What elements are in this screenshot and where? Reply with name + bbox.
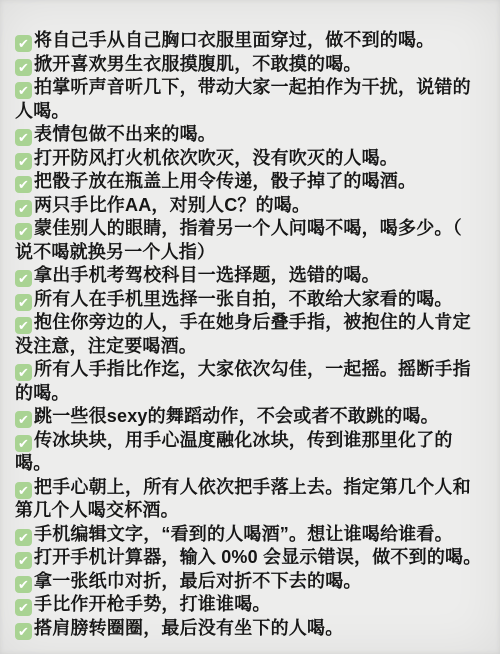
- list-item: ✔掀开喜欢男生衣服摸腹肌，不敢摸的喝。: [15, 53, 485, 77]
- list-item: ✔所有人手指比作迄，大家依次勾佳，一起摇。摇断手指的喝。: [15, 358, 485, 405]
- check-icon: ✔: [15, 435, 32, 452]
- list-item: ✔所有人在手机里选择一张自拍，不敢给大家看的喝。: [15, 288, 485, 312]
- list-item: ✔打开防风打火机依次吹灭，没有吹灭的人喝。: [15, 147, 485, 171]
- item-text: 手比作开枪手势，打谁谁喝。: [34, 594, 271, 614]
- list-item: ✔传冰块块，用手心温度融化冰块，传到谁那里化了的喝。: [15, 429, 485, 476]
- list-item: ✔表情包做不出来的喝。: [15, 123, 485, 147]
- list-item: ✔蒙佳别人的眼睛，指着另一个人问喝不喝，喝多少。（ 说不喝就换另一个人指）: [15, 217, 485, 264]
- check-icon: ✔: [15, 623, 32, 640]
- check-icon: ✔: [15, 599, 32, 616]
- check-icon: ✔: [15, 529, 32, 546]
- list-item: ✔把骰子放在瓶盖上用令传递，骰子掉了的喝酒。: [15, 170, 485, 194]
- item-text: 抱住你旁边的人，手在她身后叠手指，被抱住的人肯定没注意，注定要喝酒。: [15, 312, 471, 356]
- item-text: 打开手机计算器，输入 0%0 会显示错误，做不到的喝。: [34, 547, 481, 567]
- item-text: 两只手比作AA，对别人C？的喝。: [34, 195, 310, 215]
- item-text: 跳一些很sexy的舞蹈动作，不会或者不敢跳的喝。: [34, 406, 439, 426]
- list-item: ✔拍掌听声音听几下，带动大家一起拍作为干扰，说错的人喝。: [15, 76, 485, 123]
- item-text: 打开防风打火机依次吹灭，没有吹灭的人喝。: [34, 148, 398, 168]
- check-icon: ✔: [15, 35, 32, 52]
- item-text: 拿出手机考驾校科目一选择题，选错的喝。: [34, 265, 380, 285]
- list-item: ✔拿出手机考驾校科目一选择题，选错的喝。: [15, 264, 485, 288]
- list-item: ✔将自己手从自己胸口衣服里面穿过，做不到的喝。: [15, 29, 485, 53]
- list-item: ✔手比作开枪手势，打谁谁喝。: [15, 593, 485, 617]
- check-icon: ✔: [15, 176, 32, 193]
- list-item: ✔打开手机计算器，输入 0%0 会显示错误，做不到的喝。: [15, 546, 485, 570]
- list-item: ✔两只手比作AA，对别人C？的喝。: [15, 194, 485, 218]
- check-icon: ✔: [15, 129, 32, 146]
- item-text: 所有人在手机里选择一张自拍，不敢给大家看的喝。: [34, 289, 453, 309]
- list-item: ✔搭肩膀转圈圈，最后没有坐下的人喝。: [15, 617, 485, 641]
- check-icon: ✔: [15, 223, 32, 240]
- item-text: 把手心朝上，所有人依次把手落上去。指定第几个人和第几个人喝交杯酒。: [15, 477, 471, 521]
- check-icon: ✔: [15, 82, 32, 99]
- list-item: ✔拿一张纸巾对折，最后对折不下去的喝。: [15, 570, 485, 594]
- check-icon: ✔: [15, 411, 32, 428]
- check-icon: ✔: [15, 317, 32, 334]
- item-text: 掀开喜欢男生衣服摸腹肌，不敢摸的喝。: [34, 54, 362, 74]
- item-text: 将自己手从自己胸口衣服里面穿过，做不到的喝。: [34, 30, 434, 50]
- check-icon: ✔: [15, 153, 32, 170]
- rules-list: ✔将自己手从自己胸口衣服里面穿过，做不到的喝。 ✔掀开喜欢男生衣服摸腹肌，不敢摸…: [15, 29, 485, 640]
- item-text: 传冰块块，用手心温度融化冰块，传到谁那里化了的喝。: [15, 430, 453, 474]
- item-text: 蒙佳别人的眼睛，指着另一个人问喝不喝，喝多少。（ 说不喝就换另一个人指）: [15, 218, 462, 262]
- check-icon: ✔: [15, 552, 32, 569]
- check-icon: ✔: [15, 270, 32, 287]
- list-item: ✔抱住你旁边的人，手在她身后叠手指，被抱住的人肯定没注意，注定要喝酒。: [15, 311, 485, 358]
- list-item: ✔手机编辑文字，“看到的人喝酒”。想让谁喝给谁看。: [15, 523, 485, 547]
- check-icon: ✔: [15, 59, 32, 76]
- check-icon: ✔: [15, 364, 32, 381]
- item-text: 拿一张纸巾对折，最后对折不下去的喝。: [34, 571, 362, 591]
- item-text: 拍掌听声音听几下，带动大家一起拍作为干扰，说错的人喝。: [15, 77, 471, 121]
- item-text: 手机编辑文字，“看到的人喝酒”。想让谁喝给谁看。: [34, 524, 453, 544]
- item-text: 所有人手指比作迄，大家依次勾佳，一起摇。摇断手指的喝。: [15, 359, 471, 403]
- check-icon: ✔: [15, 200, 32, 217]
- list-item: ✔把手心朝上，所有人依次把手落上去。指定第几个人和第几个人喝交杯酒。: [15, 476, 485, 523]
- item-text: 把骰子放在瓶盖上用令传递，骰子掉了的喝酒。: [34, 171, 416, 191]
- item-text: 搭肩膀转圈圈，最后没有坐下的人喝。: [34, 618, 343, 638]
- list-item: ✔跳一些很sexy的舞蹈动作，不会或者不敢跳的喝。: [15, 405, 485, 429]
- check-icon: ✔: [15, 294, 32, 311]
- check-icon: ✔: [15, 482, 32, 499]
- check-icon: ✔: [15, 576, 32, 593]
- rules-page: ✔将自己手从自己胸口衣服里面穿过，做不到的喝。 ✔掀开喜欢男生衣服摸腹肌，不敢摸…: [0, 0, 500, 654]
- item-text: 表情包做不出来的喝。: [34, 124, 216, 144]
